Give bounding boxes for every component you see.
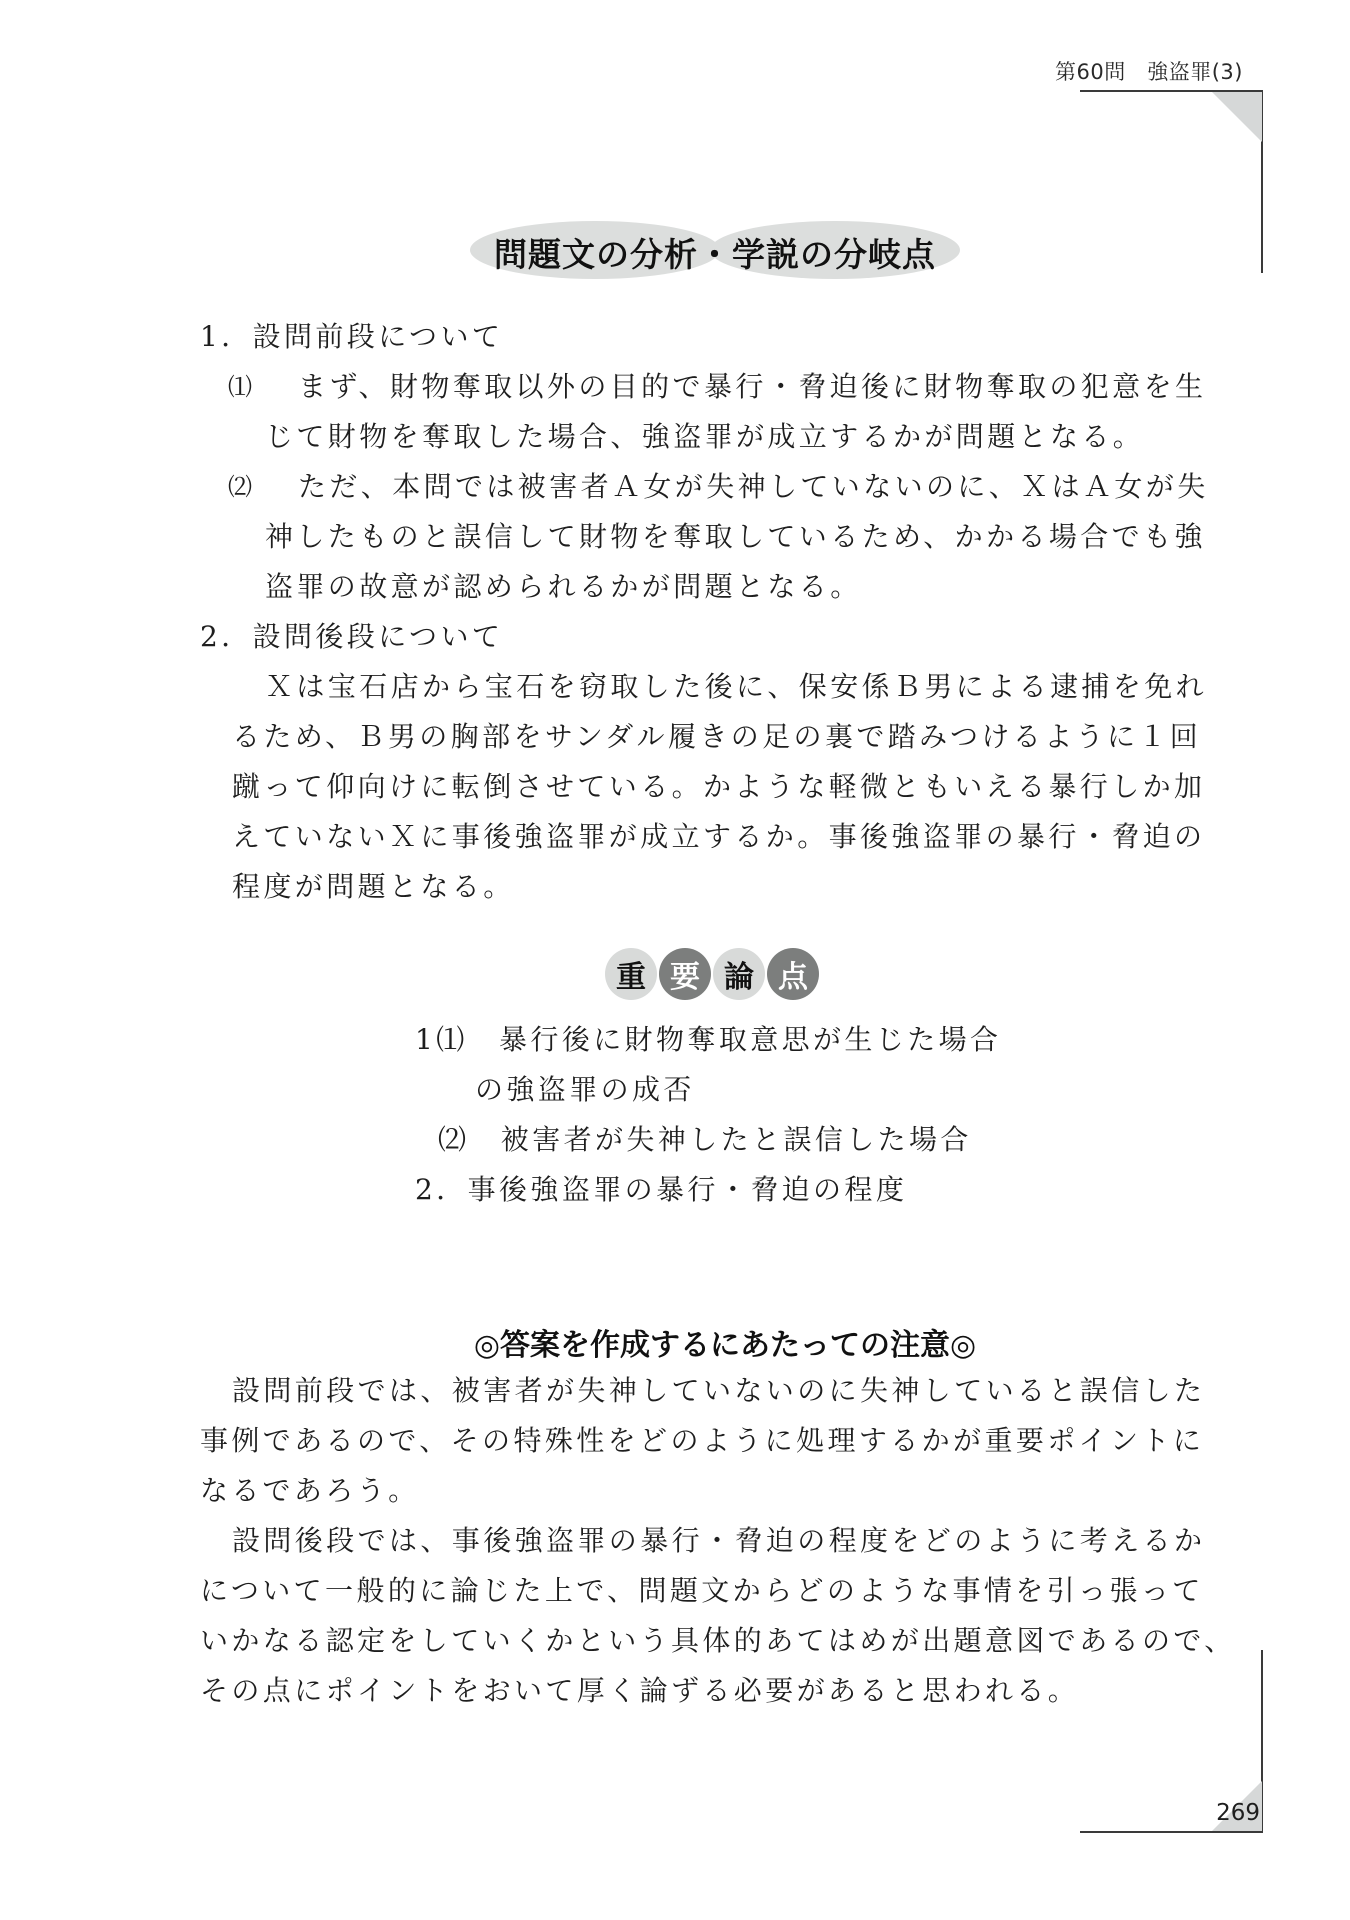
notes-heading: ◎答案を作成するにあたっての注意◎ <box>190 1320 1260 1364</box>
key-points-badge: 重 <box>605 948 657 1000</box>
item2-line: えていないＸに事後強盗罪が成立するか。事後強盗罪の暴行・脅迫の <box>232 812 1205 862</box>
key-point-line: 2．事後強盗罪の暴行・脅迫の程度 <box>415 1165 907 1215</box>
item1-sub2-line: 盗罪の故意が認められるかが問題となる。 <box>265 562 862 612</box>
item1-sub1-label: ⑴ <box>228 362 255 412</box>
item2-line: 蹴って仰向けに転倒させている。かような軽微ともいえる暴行しか加 <box>232 762 1205 812</box>
notes-para2-line: について一般的に論じた上で、問題文からどのような事情を引っ張って <box>200 1566 1204 1616</box>
item2-line: 程度が問題となる。 <box>232 862 515 912</box>
key-points-badge: 点 <box>767 948 819 1000</box>
notes-para1-line: 設問前段では、被害者が失神していないのに失神していると誤信した <box>232 1366 1205 1416</box>
page-number: 269 <box>1212 1800 1260 1826</box>
item1-sub1-line: まず、財物奪取以外の目的で暴行・脅迫後に財物奪取の犯意を生 <box>298 362 1206 412</box>
item1-sub1-line: じて財物を奪取した場合、強盗罪が成立するかが問題となる。 <box>265 412 1144 462</box>
section-heading-text: 問題文の分析・学説の分岐点 <box>470 229 960 276</box>
item1-sub2-label: ⑵ <box>228 462 255 512</box>
key-point-line: ⑵ 被害者が失神したと誤信した場合 <box>438 1115 972 1165</box>
item1-sub2-line: ただ、本問では被害者Ａ女が失神していないのに、ＸはＡ女が失 <box>298 462 1209 512</box>
item1-sub2-line: 神したものと誤信して財物を奪取しているため、かかる場合でも強 <box>265 512 1206 562</box>
item2-line: Ｘは宝石店から宝石を窃取した後に、保安係Ｂ男による逮捕を免れ <box>265 662 1207 712</box>
item1-heading: 1．設問前段について <box>200 312 503 362</box>
corner-triangle-top <box>1212 92 1262 142</box>
notes-para1-line: 事例であるので、その特殊性をどのように処理するかが重要ポイントに <box>200 1416 1204 1466</box>
chapter-title: 第60問 強盗罪(3) <box>1055 56 1243 86</box>
notes-para2-line: いかなる認定をしていくかという具体的あてはめが出題意図であるので、 <box>200 1616 1236 1666</box>
notes-para1-line: なるであろう。 <box>200 1466 420 1516</box>
item2-heading: 2．設問後段について <box>200 612 503 662</box>
section-heading: 問題文の分析・学説の分岐点 <box>470 215 960 287</box>
frame-bottom-horizontal-line <box>1080 1831 1263 1833</box>
notes-para2-line: その点にポイントをおいて厚く論ずる必要があると思われる。 <box>200 1666 1079 1716</box>
item2-line: るため、Ｂ男の胸部をサンダル履きの足の裏で踏みつけるように１回 <box>232 712 1201 762</box>
key-points-badge: 論 <box>713 948 765 1000</box>
key-points-heading: 重 要 論 点 <box>605 948 819 1000</box>
key-point-line: 1⑴ 暴行後に財物奪取意思が生じた場合 <box>415 1015 1001 1065</box>
key-point-line: の強盗罪の成否 <box>475 1065 695 1115</box>
notes-para2-line: 設問後段では、事後強盗罪の暴行・脅迫の程度をどのように考えるか <box>232 1516 1205 1566</box>
key-points-badge: 要 <box>659 948 711 1000</box>
